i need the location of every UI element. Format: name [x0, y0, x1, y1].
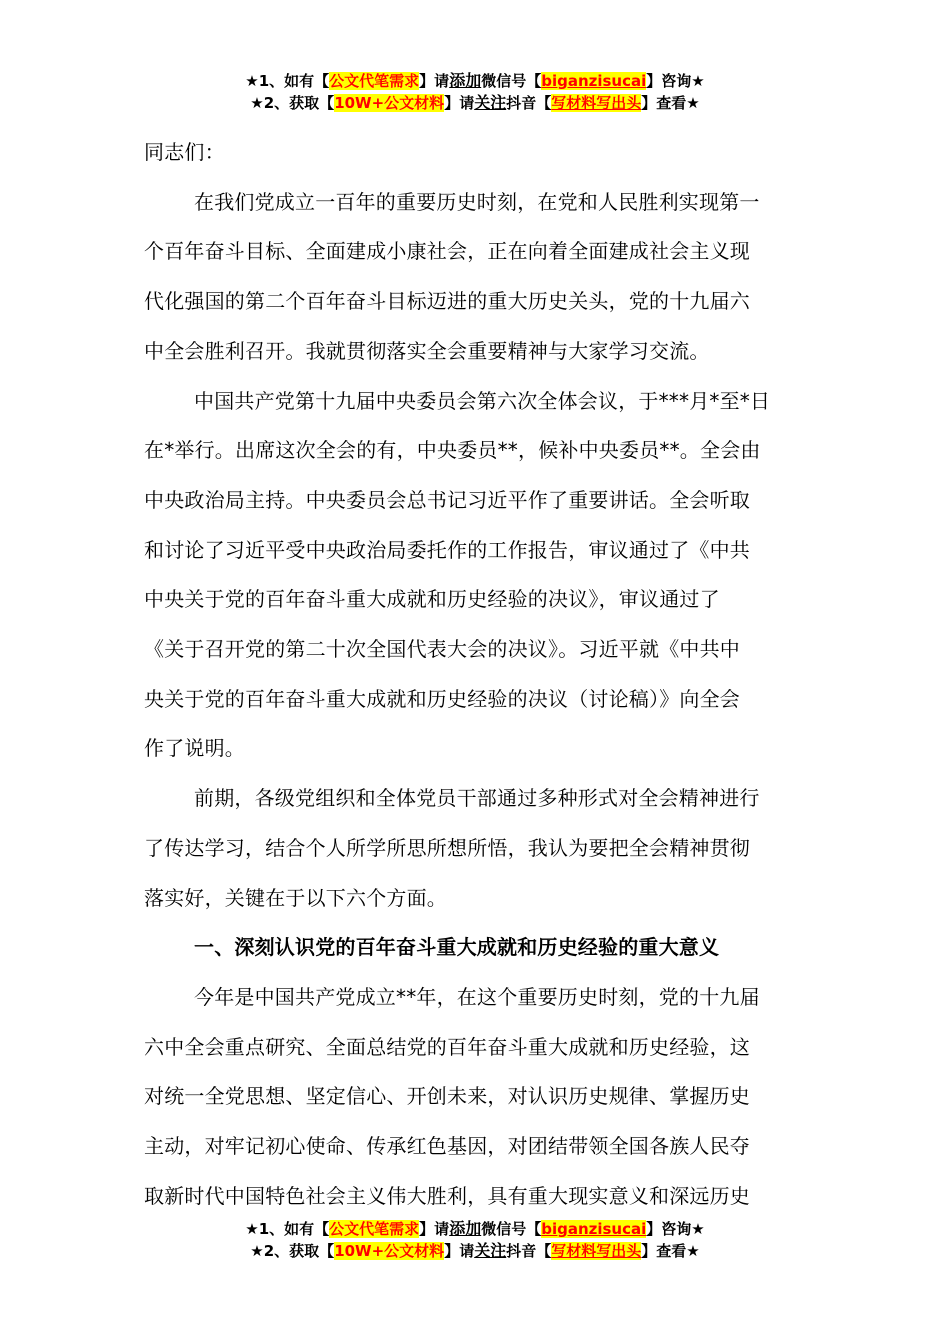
promo-text: 】请: [419, 72, 449, 90]
paragraph-4: 今年是中国共产党成立**年，在这个重要历史时刻，党的十九届 六中全会重点研究、全…: [144, 973, 804, 1222]
text-line: 中央政治局主持。中央委员会总书记习近平作了重要讲话。全会听取: [144, 476, 804, 526]
douyin-account-link[interactable]: 写材料写出头: [551, 94, 641, 112]
promo-text: 】查看★: [641, 94, 699, 112]
promo-line-1: ★1、如有【公文代笔需求】请添加微信号【biganzisucai】咨询★: [0, 1218, 950, 1240]
highlight-text: 10W+公文材料: [334, 1242, 444, 1260]
text-line: 中全会胜利召开。我就贯彻落实全会重要精神与大家学习交流。: [144, 327, 804, 377]
text-line: 中国共产党第十九届中央委员会第六次全体会议，于***月*至*日: [144, 377, 804, 427]
wechat-id-link[interactable]: biganzisucai: [541, 72, 646, 90]
promo-text: 】咨询★: [646, 72, 704, 90]
underlined-text: 关注: [474, 93, 506, 112]
promo-text: 抖音【: [506, 94, 551, 112]
promo-text: 】请: [419, 1220, 449, 1238]
highlight-text: 公文代笔需求: [329, 1220, 419, 1238]
paragraph-3: 前期，各级党组织和全体党员干部通过多种形式对全会精神进行 了传达学习，结合个人所…: [144, 774, 804, 923]
text-line: 主动，对牢记初心使命、传承红色基因，对团结带领全国各族人民夺: [144, 1122, 804, 1172]
text-line: 代化强国的第二个百年奋斗目标迈进的重大历史关头，党的十九届六: [144, 277, 804, 327]
text-line: 取新时代中国特色社会主义伟大胜利，具有重大现实意义和深远历史: [144, 1172, 804, 1222]
text-line: 《关于召开党的第二十次全国代表大会的决议》。习近平就《中共中: [144, 625, 804, 675]
text-line: 和讨论了习近平受中央政治局委托作的工作报告，审议通过了《中共: [144, 526, 804, 576]
promo-text: ★1、如有【: [245, 72, 329, 90]
promo-line-2: ★2、获取【10W+公文材料】请关注抖音【写材料写出头】查看★: [0, 1240, 950, 1262]
bottom-promo-banner: ★1、如有【公文代笔需求】请添加微信号【biganzisucai】咨询★ ★2、…: [0, 1218, 950, 1262]
highlight-text: 10W+公文材料: [334, 94, 444, 112]
promo-text: 】咨询★: [646, 1220, 704, 1238]
text-line: 落实好，关键在于以下六个方面。: [144, 874, 804, 924]
text-line: 在*举行。出席这次全会的有，中央委员**，候补中央委员**。全会由: [144, 426, 804, 476]
promo-line-2: ★2、获取【10W+公文材料】请关注抖音【写材料写出头】查看★: [0, 92, 950, 114]
text-line: 在我们党成立一百年的重要历史时刻，在党和人民胜利实现第一: [144, 178, 804, 228]
promo-text: 】查看★: [641, 1242, 699, 1260]
heading-text: 一、深刻认识党的百年奋斗重大成就和历史经验的重大意义: [144, 923, 804, 973]
text-line: 同志们：: [144, 128, 804, 178]
underlined-text: 添加: [449, 1219, 481, 1238]
underlined-text: 添加: [449, 71, 481, 90]
promo-text: 抖音【: [506, 1242, 551, 1260]
paragraph-1: 在我们党成立一百年的重要历史时刻，在党和人民胜利实现第一 个百年奋斗目标、全面建…: [144, 178, 804, 377]
text-line: 对统一全党思想、坚定信心、开创未来，对认识历史规律、掌握历史: [144, 1072, 804, 1122]
text-line: 前期，各级党组织和全体党员干部通过多种形式对全会精神进行: [144, 774, 804, 824]
text-line: 个百年奋斗目标、全面建成小康社会，正在向着全面建成社会主义现: [144, 227, 804, 277]
highlight-text: 公文代笔需求: [329, 72, 419, 90]
promo-line-1: ★1、如有【公文代笔需求】请添加微信号【biganzisucai】咨询★: [0, 70, 950, 92]
text-line: 中央关于党的百年奋斗重大成就和历史经验的决议》，审议通过了: [144, 575, 804, 625]
top-promo-banner: ★1、如有【公文代笔需求】请添加微信号【biganzisucai】咨询★ ★2、…: [0, 70, 950, 114]
salutation: 同志们：: [144, 128, 804, 178]
document-body: 同志们： 在我们党成立一百年的重要历史时刻，在党和人民胜利实现第一 个百年奋斗目…: [144, 128, 804, 1221]
promo-text: 微信号【: [481, 72, 541, 90]
text-line: 六中全会重点研究、全面总结党的百年奋斗重大成就和历史经验，这: [144, 1023, 804, 1073]
text-line: 作了说明。: [144, 724, 804, 774]
douyin-account-link[interactable]: 写材料写出头: [551, 1242, 641, 1260]
promo-text: ★1、如有【: [245, 1220, 329, 1238]
wechat-id-link[interactable]: biganzisucai: [541, 1220, 646, 1238]
paragraph-2: 中国共产党第十九届中央委员会第六次全体会议，于***月*至*日 在*举行。出席这…: [144, 377, 804, 775]
section-heading-1: 一、深刻认识党的百年奋斗重大成就和历史经验的重大意义: [144, 923, 804, 973]
promo-text: ★2、获取【: [250, 1242, 334, 1260]
underlined-text: 关注: [474, 1241, 506, 1260]
text-line: 央关于党的百年奋斗重大成就和历史经验的决议（讨论稿）》向全会: [144, 675, 804, 725]
text-line: 了传达学习，结合个人所学所思所想所悟，我认为要把全会精神贯彻: [144, 824, 804, 874]
promo-text: 微信号【: [481, 1220, 541, 1238]
promo-text: ★2、获取【: [250, 94, 334, 112]
promo-text: 】请: [444, 94, 474, 112]
text-line: 今年是中国共产党成立**年，在这个重要历史时刻，党的十九届: [144, 973, 804, 1023]
promo-text: 】请: [444, 1242, 474, 1260]
